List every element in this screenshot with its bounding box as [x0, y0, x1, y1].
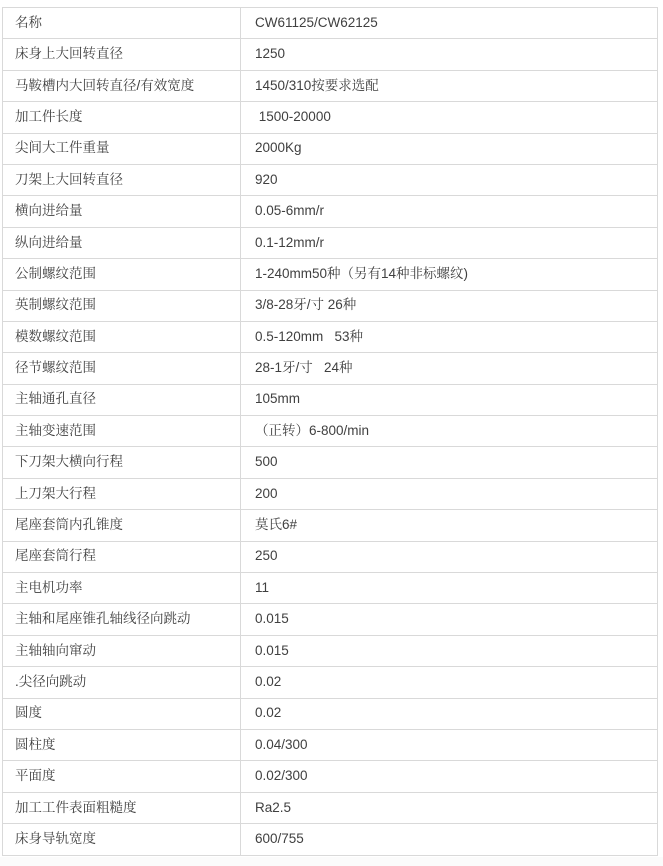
machine-spec-table: 名称 CW61125/CW62125 床身上大回转直径 1250 马鞍槽内大回转… [2, 7, 658, 856]
spec-value: 11 [241, 573, 658, 604]
page: { "colors": { "page_background": "#fffff… [0, 0, 663, 866]
table-row: 英制螺纹范围 3/8-28牙/寸 26种 [3, 290, 658, 321]
table-row: 横向进给量 0.05-6mm/r [3, 196, 658, 227]
table-row: 纵向进给量 0.1-12mm/r [3, 227, 658, 258]
spec-value: 28-1牙/寸 24种 [241, 353, 658, 384]
spec-value: 1500-20000 [241, 102, 658, 133]
spec-label: 下刀架大横向行程 [3, 447, 241, 478]
table-row: 床身导轨宽度 600/755 [3, 824, 658, 855]
spec-value: 0.015 [241, 635, 658, 666]
spec-label: .尖径向跳动 [3, 667, 241, 698]
spec-label: 主电机功率 [3, 573, 241, 604]
spec-value: 250 [241, 541, 658, 572]
table-row: 尖间大工件重量 2000Kg [3, 133, 658, 164]
spec-label: 主轴变速范围 [3, 416, 241, 447]
table-row: 名称 CW61125/CW62125 [3, 8, 658, 39]
spec-label: 床身上大回转直径 [3, 39, 241, 70]
table-row: 刀架上大回转直径 920 [3, 164, 658, 195]
spec-value: （正转）6-800/min [241, 416, 658, 447]
table-row: 主轴通孔直径 105mm [3, 384, 658, 415]
table-row: 尾座套筒行程 250 [3, 541, 658, 572]
bottom-strip [0, 857, 663, 866]
spec-table-container: 名称 CW61125/CW62125 床身上大回转直径 1250 马鞍槽内大回转… [2, 7, 657, 856]
table-row: 加工工件表面粗糙度 Ra2.5 [3, 792, 658, 823]
table-row: 圆柱度 0.04/300 [3, 729, 658, 760]
spec-label: 尾座套筒内孔锥度 [3, 510, 241, 541]
spec-value: 600/755 [241, 824, 658, 855]
spec-label: 圆度 [3, 698, 241, 729]
spec-value: 0.1-12mm/r [241, 227, 658, 258]
table-row: 床身上大回转直径 1250 [3, 39, 658, 70]
spec-value: 0.05-6mm/r [241, 196, 658, 227]
table-row: 主轴变速范围 （正转）6-800/min [3, 416, 658, 447]
spec-label: 主轴轴向窜动 [3, 635, 241, 666]
table-row: .尖径向跳动 0.02 [3, 667, 658, 698]
spec-label: 加工件长度 [3, 102, 241, 133]
table-row: 平面度 0.02/300 [3, 761, 658, 792]
spec-label: 名称 [3, 8, 241, 39]
spec-value: 1-240mm50种（另有14种非标螺纹) [241, 259, 658, 290]
spec-value: 2000Kg [241, 133, 658, 164]
spec-value: 200 [241, 478, 658, 509]
spec-value: 0.02 [241, 698, 658, 729]
table-row: 马鞍槽内大回转直径/有效宽度 1450/310按要求选配 [3, 70, 658, 101]
table-row: 主电机功率 11 [3, 573, 658, 604]
spec-label: 径节螺纹范围 [3, 353, 241, 384]
spec-label: 纵向进给量 [3, 227, 241, 258]
spec-value: 0.04/300 [241, 729, 658, 760]
table-row: 模数螺纹范围 0.5-120mm 53种 [3, 321, 658, 352]
spec-value: 1250 [241, 39, 658, 70]
spec-label: 英制螺纹范围 [3, 290, 241, 321]
table-row: 公制螺纹范围 1-240mm50种（另有14种非标螺纹) [3, 259, 658, 290]
spec-value: 莫氏6# [241, 510, 658, 541]
spec-value: CW61125/CW62125 [241, 8, 658, 39]
table-row: 圆度 0.02 [3, 698, 658, 729]
spec-value: 0.5-120mm 53种 [241, 321, 658, 352]
spec-value: Ra2.5 [241, 792, 658, 823]
spec-label: 刀架上大回转直径 [3, 164, 241, 195]
spec-label: 平面度 [3, 761, 241, 792]
table-row: 径节螺纹范围 28-1牙/寸 24种 [3, 353, 658, 384]
table-row: 加工件长度 1500-20000 [3, 102, 658, 133]
spec-value: 1450/310按要求选配 [241, 70, 658, 101]
spec-label: 主轴和尾座锥孔轴线径向跳动 [3, 604, 241, 635]
spec-value: 0.02/300 [241, 761, 658, 792]
table-row: 尾座套筒内孔锥度 莫氏6# [3, 510, 658, 541]
spec-value: 0.02 [241, 667, 658, 698]
table-row: 主轴轴向窜动 0.015 [3, 635, 658, 666]
spec-label: 尖间大工件重量 [3, 133, 241, 164]
table-row: 上刀架大行程 200 [3, 478, 658, 509]
spec-value: 105mm [241, 384, 658, 415]
spec-value: 500 [241, 447, 658, 478]
spec-table-body: 名称 CW61125/CW62125 床身上大回转直径 1250 马鞍槽内大回转… [3, 8, 658, 856]
spec-label: 加工工件表面粗糙度 [3, 792, 241, 823]
spec-value: 3/8-28牙/寸 26种 [241, 290, 658, 321]
table-row: 下刀架大横向行程 500 [3, 447, 658, 478]
spec-value: 920 [241, 164, 658, 195]
spec-label: 主轴通孔直径 [3, 384, 241, 415]
spec-label: 模数螺纹范围 [3, 321, 241, 352]
spec-label: 圆柱度 [3, 729, 241, 760]
spec-label: 公制螺纹范围 [3, 259, 241, 290]
table-row: 主轴和尾座锥孔轴线径向跳动 0.015 [3, 604, 658, 635]
spec-label: 尾座套筒行程 [3, 541, 241, 572]
spec-label: 上刀架大行程 [3, 478, 241, 509]
spec-label: 床身导轨宽度 [3, 824, 241, 855]
spec-label: 马鞍槽内大回转直径/有效宽度 [3, 70, 241, 101]
spec-label: 横向进给量 [3, 196, 241, 227]
spec-value: 0.015 [241, 604, 658, 635]
